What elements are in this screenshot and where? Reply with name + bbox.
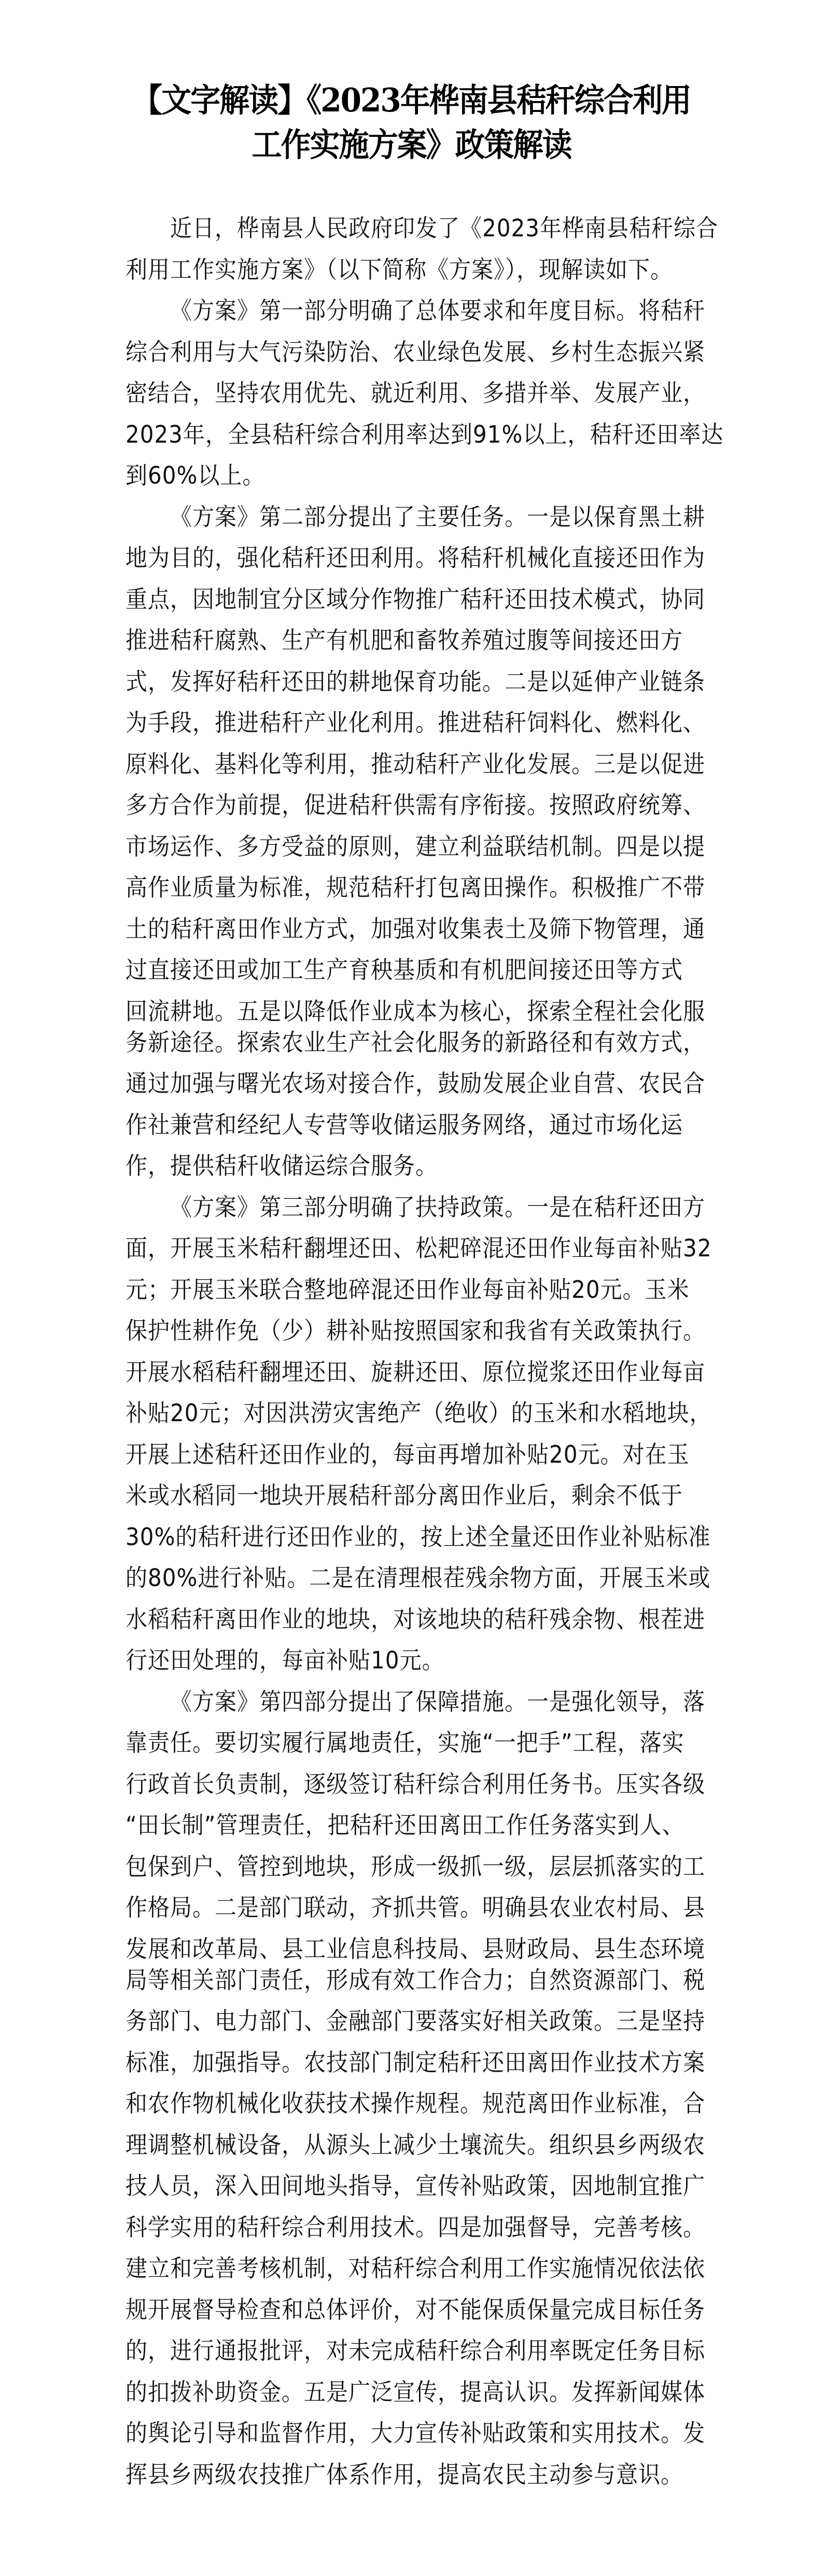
text-line: 行政首长负责制，逐级签订秸秆综合利用任务书。压实各级 [125,1768,701,1814]
text-line: 技人员，深入田间地头指导，宣传补贴政策，因地制宜推广 [125,2170,701,2215]
text-line: 的，进行通报批评，对未完成秸秆综合利用率既定任务目标 [125,2335,701,2380]
text-line: 的扣拨补助资金。五是广泛宣传，提高认识。发挥新闻媒体 [125,2376,701,2422]
text-line: “田长制”管理责任，把秸秆还田离田工作任务落实到人、 [125,1809,701,1855]
text-line: 为手段，推进秸秆产业化利用。推进秸秆饲料化、燃料化、 [125,707,701,752]
text-line: 《方案》第二部分提出了主要任务。一是以保育黑土耕 [125,501,701,546]
text-line: 靠责任。要切实履行属地责任，实施“一把手”工程，落实 [125,1727,701,1772]
text-line: 保护性耕作免（少）耕补贴按照国家和我省有关政策执行。 [125,1315,701,1360]
text-line: 务新途径。探索农业生产社会化服务的新路径和有效方式， [125,1027,701,1072]
text-line: 包保到户、管控到地块，形成一级抓一级，层层抓落实的工 [125,1851,701,1896]
text-line: 地为目的，强化秸秆还田利用。将秸秆机械化直接还田作为 [125,542,701,587]
text-line: 局等相关部门责任，形成有效工作合力；自然资源部门、税 [125,1964,701,2009]
text-line: 的80%进行补贴。二是在清理根茬残余物方面，开展玉米或 [125,1562,701,1607]
text-line: 利用工作实施方案》（以下简称《方案》），现解读如下。 [125,254,701,299]
text-line: 作格局。二是部门联动，齐抓共管。明确县农业农村局、县 [125,1892,701,1937]
text-line: 发展和改革局、县工业信息科技局、县财政局、县生态环境 [125,1933,701,1968]
text-line: 30%的秸秆进行还田作业的，按上述全量还田作业补贴标准 [125,1521,701,1566]
text-line: 作，提供秸秆收储运综合服务。 [125,1150,701,1195]
text-line: 原料化、基料化等利用，推动秸秆产业化发展。三是以促进 [125,748,701,794]
text-line: 回流耕地。五是以降低作业成本为核心，探索全程社会化服 [125,996,701,1030]
paragraph-part-one: 《方案》第一部分明确了总体要求和年度目标。将秸秆 综合利用与大气污染防治、农业绿… [125,295,701,501]
paragraph-intro: 近日，桦南县人民政府印发了《2023年桦南县秸秆综合 利用工作实施方案》（以下简… [125,213,701,295]
text-line: 高作业质量为标准，规范秸秆打包离田操作。积极推广不带 [125,872,701,917]
text-line: 通过加强与曙光农场对接合作，鼓励发展企业自营、农民合 [125,1068,701,1113]
text-line: 《方案》第一部分明确了总体要求和年度目标。将秸秆 [125,295,701,340]
text-line: 《方案》第四部分提出了保障措施。一是强化领导，落 [125,1686,701,1731]
text-line: 2023年，全县秸秆综合利用率达到91%以上，秸秆还田率达 [125,419,701,464]
text-line: 开展水稻秸秆翻埋还田、旋耕还田、原位搅浆还田作业每亩 [125,1356,701,1402]
text-line: 行还田处理的，每亩补贴10元。 [125,1645,701,1690]
text-line: 多方合作为前提，促进秸秆供需有序衔接。按照政府统筹、 [125,789,701,834]
title-line: 工作实施方案》政策解读 [104,122,719,167]
document-body: 近日，桦南县人民政府印发了《2023年桦南县秸秆综合 利用工作实施方案》（以下简… [125,213,701,2500]
text-line: 市场运作、多方受益的原则，建立利益联结机制。四是以提 [125,831,701,876]
text-line: 米或水稻同一地块开展秸秆部分离田作业后，剩余不低于 [125,1480,701,1525]
text-line: 近日，桦南县人民政府印发了《2023年桦南县秸秆综合 [125,213,701,258]
paragraph-part-three: 《方案》第三部分明确了扶持政策。一是在秸秆还田方 面，开展玉米秸秆翻埋还田、松耙… [125,1192,701,1686]
text-line: 土的秸秆离田作业方式，加强对收集表土及筛下物管理，通 [125,913,701,958]
text-line: 作社兼营和经纪人专营等收储运服务网络，通过市场化运 [125,1109,701,1154]
text-line: 综合利用与大气污染防治、农业绿色发展、乡村生态振兴紧 [125,336,701,381]
text-line: 水稻秸秆离田作业的地块，对该地块的秸秆残余物、根茬进 [125,1604,701,1649]
paragraph-part-two: 《方案》第二部分提出了主要任务。一是以保育黑土耕 地为目的，强化秸秆还田利用。将… [125,501,701,1192]
text-line: 密结合，坚持农用优先、就近利用、多措并举、发展产业， [125,377,701,422]
text-line: 务部门、电力部门、金融部门要落实好相关政策。三是坚持 [125,2005,701,2050]
text-line: 挥县乡两级农技推广体系作用，提高农民主动参与意识。 [125,2459,701,2504]
text-line: 补贴20元；对因洪涝灾害绝产（绝收）的玉米和水稻地块， [125,1397,701,1442]
text-line: 和农作物机械化收获技术操作规程。规范离田作业标准，合 [125,2088,701,2133]
text-line: 《方案》第三部分明确了扶持政策。一是在秸秆还田方 [125,1192,701,1237]
text-line: 式，发挥好秸秆还田的耕地保育功能。二是以延伸产业链条 [125,666,701,711]
text-line: 过直接还田或加工生产育秧基质和有机肥间接还田等方式 [125,954,701,999]
text-line: 标准，加强指导。农技部门制定秸秆还田离田作业技术方案 [125,2047,701,2092]
text-line: 的舆论引导和监督作用，大力宣传补贴政策和实用技术。发 [125,2417,701,2462]
text-line: 建立和完善考核机制，对秸秆综合利用工作实施情况依法依 [125,2253,701,2298]
text-line: 科学实用的秸秆综合利用技术。四是加强督导，完善考核。 [125,2212,701,2257]
text-line: 到60%以上。 [125,460,701,505]
text-line: 开展上述秸秆还田作业的，每亩再增加补贴20元。对在玉 [125,1439,701,1484]
text-line: 推进秸秆腐熟、生产有机肥和畜牧养殖过腹等间接还田方 [125,625,701,670]
document-page: 【文字解读】《2023年桦南县秸秆综合利用 工作实施方案》政策解读 近日，桦南县… [0,0,823,2576]
text-line: 元；开展玉米联合整地碎混还田作业每亩补贴20元。玉米 [125,1274,701,1319]
text-line: 面，开展玉米秸秆翻埋还田、松耙碎混还田作业每亩补贴32 [125,1233,701,1278]
title-line: 【文字解读】《2023年桦南县秸秆综合利用 [104,78,719,122]
text-line: 理调整机械设备，从源头上减少土壤流失。组织县乡两级农 [125,2129,701,2174]
text-line: 重点，因地制宜分区域分作物推广秸秆还田技术模式，协同 [125,584,701,629]
paragraph-part-four: 《方案》第四部分提出了保障措施。一是强化领导，落 靠责任。要切实履行属地责任，实… [125,1686,701,2500]
text-line: 规开展督导检查和总体评价，对不能保质保量完成目标任务 [125,2294,701,2339]
document-title: 【文字解读】《2023年桦南县秸秆综合利用 工作实施方案》政策解读 [104,78,719,167]
